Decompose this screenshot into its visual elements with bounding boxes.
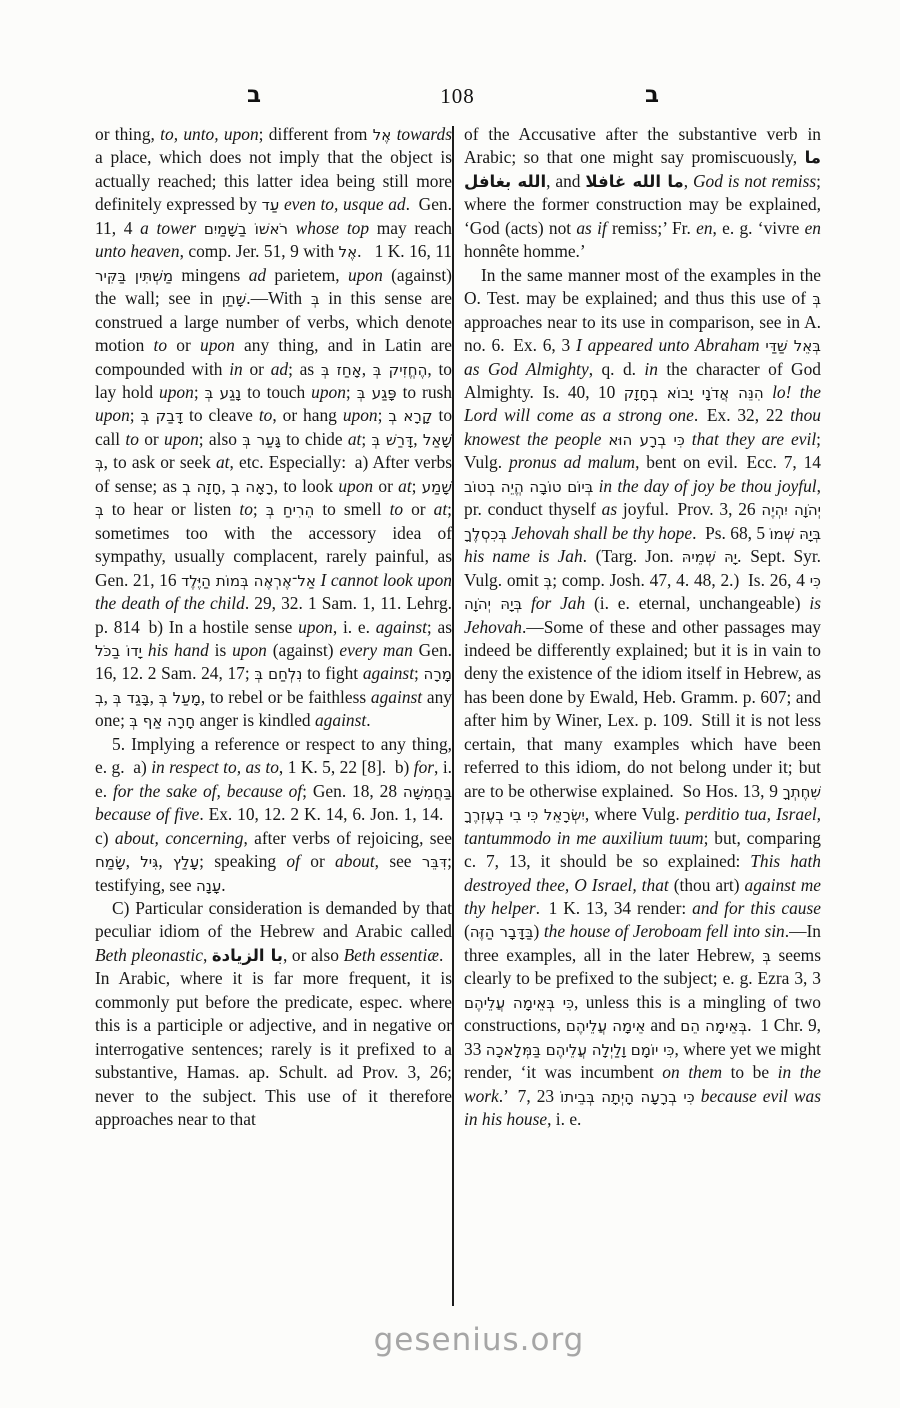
text-run: ; xyxy=(130,405,141,425)
text-run: of the Accusative after the substantive … xyxy=(464,124,821,167)
italic-text-run: Beth pleonastic xyxy=(95,945,203,965)
scanned-lexicon-page: ב 108 ב or thing, to, unto, upon; differ… xyxy=(0,0,900,1408)
text-run: . 1 K. 16, 11 xyxy=(357,241,452,261)
italic-text-run: against xyxy=(315,710,366,730)
text-run: or xyxy=(167,335,200,355)
text-run: ; also xyxy=(199,429,242,449)
text-run: (thou art) xyxy=(669,875,745,895)
hebrew-text: גִּיל xyxy=(140,853,158,871)
text-run: to hear or listen xyxy=(104,499,240,519)
italic-text-run: his hand xyxy=(148,640,209,660)
text-run: , to rebel or be faithless xyxy=(201,687,371,707)
hebrew-text: נִלְחַם בְּ xyxy=(254,665,302,683)
hebrew-text: כִּי בְרָע הוּא xyxy=(608,431,684,449)
hebrew-text: דָּבַק בְּ xyxy=(141,407,184,425)
hebrew-text: דִּבֵּר xyxy=(422,853,447,871)
column-divider-rule xyxy=(452,126,454,1306)
paragraph: of the Accusative after the substantive … xyxy=(464,123,821,264)
text-run: . xyxy=(366,710,370,730)
text-run: ; Gen. 18, 28 xyxy=(302,781,403,801)
text-run: . 1 K. 13, 34 render: xyxy=(536,898,693,918)
italic-text-run: whose top xyxy=(296,218,369,238)
hebrew-text: בְּאֵימָה הֵם xyxy=(680,1017,747,1035)
hebrew-text: אָחַז בְּ xyxy=(321,361,362,379)
text-run xyxy=(288,218,296,238)
hebrew-text: שָׁתַן xyxy=(222,290,247,308)
italic-text-run: even to, usque ad xyxy=(284,194,406,214)
italic-text-run: in the day of joy be thou joyful xyxy=(599,476,817,496)
italic-text-run: about xyxy=(335,851,375,871)
text-run: C) Particular consideration is demanded … xyxy=(95,898,452,941)
italic-text-run: to xyxy=(390,499,404,519)
hebrew-text: עַד xyxy=(262,196,280,214)
hebrew-text: חָזָה בְ xyxy=(182,478,221,496)
text-run: In the same manner most of the examples … xyxy=(464,265,821,308)
text-run: and xyxy=(646,1015,681,1035)
text-run: , where Vulg. xyxy=(585,804,685,824)
text-run: to touch xyxy=(241,382,311,402)
hebrew-text: גָּעַר בְּ xyxy=(242,431,281,449)
text-run: , to ask or seek xyxy=(104,452,216,472)
text-run xyxy=(764,382,772,402)
text-run: , or also xyxy=(283,945,344,965)
text-run: to be xyxy=(722,1062,778,1082)
italic-text-run: at xyxy=(216,452,230,472)
italic-text-run: against xyxy=(376,617,427,637)
text-run: , to look xyxy=(274,476,339,496)
text-run: may reach xyxy=(369,218,452,238)
italic-text-run: Jehovah shall be thy hope xyxy=(511,523,692,543)
italic-text-run: upon xyxy=(338,476,373,496)
italic-text-run: his name is Jah xyxy=(464,546,583,566)
text-run: , see xyxy=(375,851,422,871)
watermark-text: gesenius.org xyxy=(0,1322,900,1358)
italic-text-run: every man xyxy=(339,640,412,660)
text-run: mingens xyxy=(173,265,249,285)
text-run: ; as xyxy=(427,617,452,637)
text-run: , xyxy=(413,429,423,449)
text-run xyxy=(522,593,531,613)
text-run: ) xyxy=(534,921,544,941)
arabic-text: با الزيادة xyxy=(212,946,283,965)
text-run: ; xyxy=(361,429,371,449)
italic-text-run: against xyxy=(363,663,414,683)
hebrew-text: אֵימָה עֲלֵיהֶם xyxy=(566,1017,646,1035)
hebrew-text: עָנָה xyxy=(196,877,221,895)
hebrew-text: בְּ xyxy=(762,947,771,965)
text-run: ; xyxy=(414,663,424,683)
hebrew-text: רֹאשׁוֹ בַשָּׁמַיִם xyxy=(204,220,288,238)
text-run: , i. e. xyxy=(547,1109,581,1129)
italic-text-run: God is not remiss xyxy=(693,171,816,191)
text-run: to rush xyxy=(397,382,452,402)
text-run: parietem, xyxy=(266,265,348,285)
hebrew-text: שָׂמַח xyxy=(95,853,126,871)
italic-text-run: upon xyxy=(159,382,194,402)
hebrew-text: בְּ xyxy=(544,572,553,590)
italic-text-run: en xyxy=(696,218,712,238)
text-run: , xyxy=(158,851,173,871)
text-run xyxy=(685,429,692,449)
right-column: of the Accusative after the substantive … xyxy=(464,123,821,1131)
paragraph: 5. Implying a reference or respect to an… xyxy=(95,733,452,897)
text-run: joyful. Prov. 3, 26 xyxy=(617,499,761,519)
italic-text-run: be­cause of five xyxy=(95,804,199,824)
paragraph: C) Particular consideration is demanded … xyxy=(95,897,452,1132)
italic-text-run: upon xyxy=(232,640,267,660)
text-run: .—Some of these and other passages may i… xyxy=(464,617,821,801)
hebrew-text: דָּרַשׁ בְּ xyxy=(372,431,414,449)
italic-text-run: to xyxy=(154,335,168,355)
arabic-text: ما الله غافلا xyxy=(585,172,683,191)
hebrew-text: יָדוֹ בַכֹּל xyxy=(95,642,142,660)
hebrew-text: כִּי בְּאֵימָה עֲלֵיהֶם xyxy=(464,994,574,1012)
text-run: , 1 K. 5, 22 [8]. b) xyxy=(279,757,414,777)
italic-text-run: as xyxy=(602,499,617,519)
text-run: ; comp. Josh. 47, 4. 48, 2.) Is. 26, 4 xyxy=(552,570,810,590)
italic-text-run: upon xyxy=(164,429,199,449)
hebrew-text: בַּחֲמִשָּׁה xyxy=(403,783,452,801)
text-run: ; xyxy=(253,499,266,519)
text-run: honnête homme.’ xyxy=(464,241,586,261)
italic-text-run: en xyxy=(805,218,821,238)
italic-text-run: I appeared unto Abraham xyxy=(576,335,760,355)
page-number: 108 xyxy=(95,84,820,109)
italic-text-run: as God Almighty xyxy=(464,359,589,379)
text-run: , or hang xyxy=(272,405,342,425)
hebrew-text: הֶחֱזִיק בְּ xyxy=(373,361,428,379)
hebrew-text: אֶל xyxy=(339,243,358,261)
italic-text-run: upon xyxy=(343,405,378,425)
italic-text-run: upon xyxy=(298,617,333,637)
hebrew-text: אֶל xyxy=(373,126,392,144)
hebrew-text: חָרָה אַף בְּ xyxy=(129,712,195,730)
hebrew-text: בְּ xyxy=(812,290,821,308)
text-run: to cleave xyxy=(183,405,259,425)
italic-text-run: at xyxy=(398,476,412,496)
text-run: or xyxy=(403,499,434,519)
italic-text-run: and for this cause xyxy=(692,898,821,918)
text-run xyxy=(196,218,204,238)
hebrew-text: פָּגַע בְּ xyxy=(357,384,397,402)
italic-text-run: to, unto, upon xyxy=(160,124,259,144)
italic-text-run: upon xyxy=(348,265,383,285)
text-run: ; xyxy=(412,476,422,496)
hebrew-text: רָאָה בְ xyxy=(231,478,274,496)
italic-text-run: in xyxy=(229,359,243,379)
hebrew-text: קָרָא בְ xyxy=(388,407,432,425)
italic-text-run: pronus ad malum xyxy=(509,452,635,472)
text-run: or xyxy=(139,429,164,449)
italic-text-run: for the sake of, because of xyxy=(113,781,302,801)
hebrew-text: יָהּ שְׁמֵיהּ xyxy=(682,548,738,566)
text-run: is xyxy=(209,640,232,660)
text-run: , xyxy=(362,359,373,379)
hebrew-text: עָלַץ xyxy=(173,853,199,871)
hebrew-text: כִּי יוֹמָם וָלַיְלָה עֲלֵיהֶם בַּמְּלָא… xyxy=(486,1041,675,1059)
hebrew-text: מַשְׁתִּין בַּקִּיר xyxy=(95,267,173,285)
italic-text-run: upon xyxy=(95,405,130,425)
hebrew-text: הִנֵּה אֲדֹנָי יָבוֹא בְחָזָק xyxy=(624,384,764,402)
text-run: (against) xyxy=(267,640,340,660)
text-run: . (Targ. Jon. xyxy=(583,546,682,566)
italic-text-run: the house of Jeroboam fell into sin xyxy=(544,921,785,941)
text-run: ; different from xyxy=(259,124,373,144)
italic-text-run: upon xyxy=(311,382,346,402)
text-run: ; xyxy=(346,382,357,402)
italic-text-run: about, concerning xyxy=(115,828,244,848)
italic-text-run: to xyxy=(239,499,253,519)
text-run: anger is kindled xyxy=(195,710,315,730)
italic-text-run: to xyxy=(125,429,139,449)
text-run: ; speaking xyxy=(199,851,286,871)
text-run: , comp. Jer. 51, 9 with xyxy=(180,241,339,261)
text-run: . Ps. 68, 5 xyxy=(692,523,769,543)
text-run: , e. g. ‘vivre xyxy=(713,218,805,238)
text-run: . Ex. 32, 22 xyxy=(694,405,790,425)
text-run: , xyxy=(150,687,159,707)
paragraph: In the same manner most of the examples … xyxy=(464,264,821,1132)
text-run: , bent on evil. Ecc. 7, 14 xyxy=(635,452,821,472)
text-run: to smell xyxy=(314,499,389,519)
italic-text-run: against xyxy=(371,687,422,707)
text-run: ; xyxy=(378,405,389,425)
text-run: or thing, xyxy=(95,124,160,144)
text-run: , xyxy=(126,851,141,871)
italic-text-run: upon xyxy=(200,335,235,355)
italic-text-run: ad xyxy=(249,265,266,285)
italic-text-run: ad xyxy=(271,359,288,379)
text-run: , q. d. xyxy=(589,359,645,379)
italic-text-run: in respect to, as to xyxy=(151,757,279,777)
italic-text-run: of xyxy=(286,851,300,871)
italic-text-run: for Jah xyxy=(531,593,585,613)
text-run: , and xyxy=(546,171,585,191)
text-run: remiss;’ Fr. xyxy=(607,218,696,238)
text-run: . In Arabic, where it is far more freque… xyxy=(95,945,452,1129)
text-run: , xyxy=(221,476,231,496)
hebrew-text: בְּיָהּ שְׁמוֹ xyxy=(769,525,821,543)
italic-text-run: unto heaven xyxy=(95,241,180,261)
italic-text-run: on them xyxy=(662,1062,722,1082)
text-run: ; as xyxy=(288,359,321,379)
hebrew-text: בְּיוֹם טוֹבָה הֱיֵה בְטוֹב xyxy=(464,478,593,496)
italic-text-run: at xyxy=(348,429,362,449)
italic-text-run: in xyxy=(644,359,658,379)
text-run: ; xyxy=(194,382,205,402)
text-run: .—With xyxy=(246,288,311,308)
italic-text-run: for xyxy=(414,757,434,777)
italic-text-run: to xyxy=(259,405,273,425)
text-run: .’ 7, 23 xyxy=(499,1086,560,1106)
italic-text-run: towards xyxy=(397,124,452,144)
text-run: or xyxy=(373,476,398,496)
text-run: or xyxy=(300,851,335,871)
text-run: (i. e. eternal, unchangeable) xyxy=(585,593,809,613)
hebrew-text: הֵרִיחַ בְּ xyxy=(266,501,315,519)
hebrew-text: מָעַל בְּ xyxy=(159,689,201,707)
text-run: , xyxy=(104,687,113,707)
text-run: , xyxy=(203,945,212,965)
hebrew-text: בַּדָּבָר הַזֶּה xyxy=(470,923,534,941)
hebrew-text: נָגַע בְּ xyxy=(205,384,242,402)
italic-text-run: a tower xyxy=(140,218,196,238)
hebrew-text: בְּ xyxy=(311,290,320,308)
text-run: . xyxy=(221,875,225,895)
text-run: to chide xyxy=(281,429,348,449)
paragraph: or thing, to, unto, upon; different from… xyxy=(95,123,452,733)
text-run: to fight xyxy=(302,663,362,683)
text-run: , i. e. xyxy=(333,617,376,637)
italic-text-run: at xyxy=(434,499,448,519)
header-hebrew-letter-right: ב xyxy=(645,82,659,108)
italic-text-run: as if xyxy=(576,218,606,238)
hebrew-text: אַל־אֶרְאֶה בְּמוֹת הַיֶּלֶד xyxy=(181,572,316,590)
italic-text-run: that they are evil xyxy=(692,429,816,449)
text-run: or xyxy=(243,359,271,379)
hebrew-text: בְּאֵל שַׁדַּי xyxy=(765,337,821,355)
text-run: , xyxy=(684,171,693,191)
italic-text-run: Beth essentiæ xyxy=(344,945,439,965)
text-run: , after verbs of rejoicing, see xyxy=(243,828,452,848)
hebrew-text: כִּי בְרָעָה הָיְתָה בְּבֵיתוֹ xyxy=(560,1088,695,1106)
hebrew-text: בָּגַד בְּ xyxy=(113,689,150,707)
left-column: or thing, to, unto, upon; different from… xyxy=(95,123,452,1131)
